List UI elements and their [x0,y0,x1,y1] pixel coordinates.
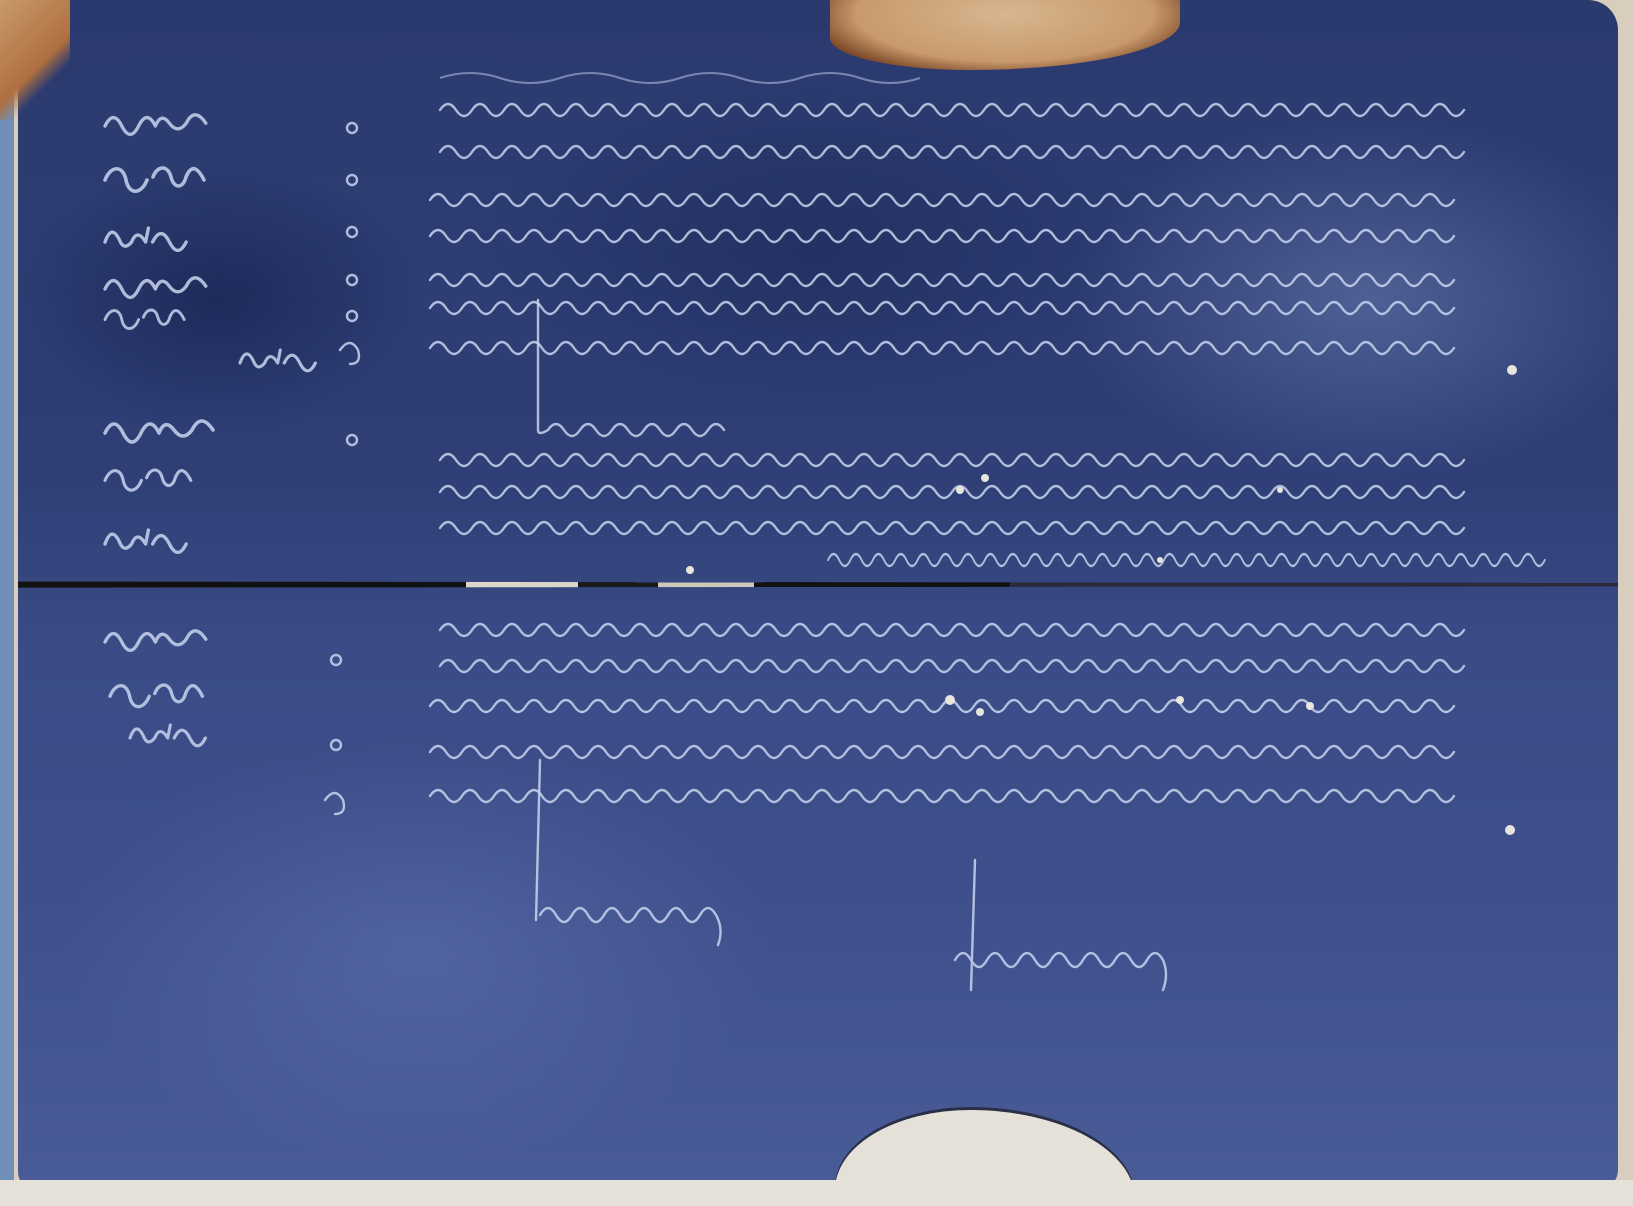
upper-body-text [430,73,1545,566]
signature-right [955,860,1166,990]
numeral-column [325,123,359,814]
signature-left [536,760,721,945]
left-column-upper [105,115,315,553]
chalk-script [0,0,1633,1206]
lower-body-text [430,624,1464,802]
left-column-lower [105,631,206,746]
paper-flecks [686,365,1517,835]
